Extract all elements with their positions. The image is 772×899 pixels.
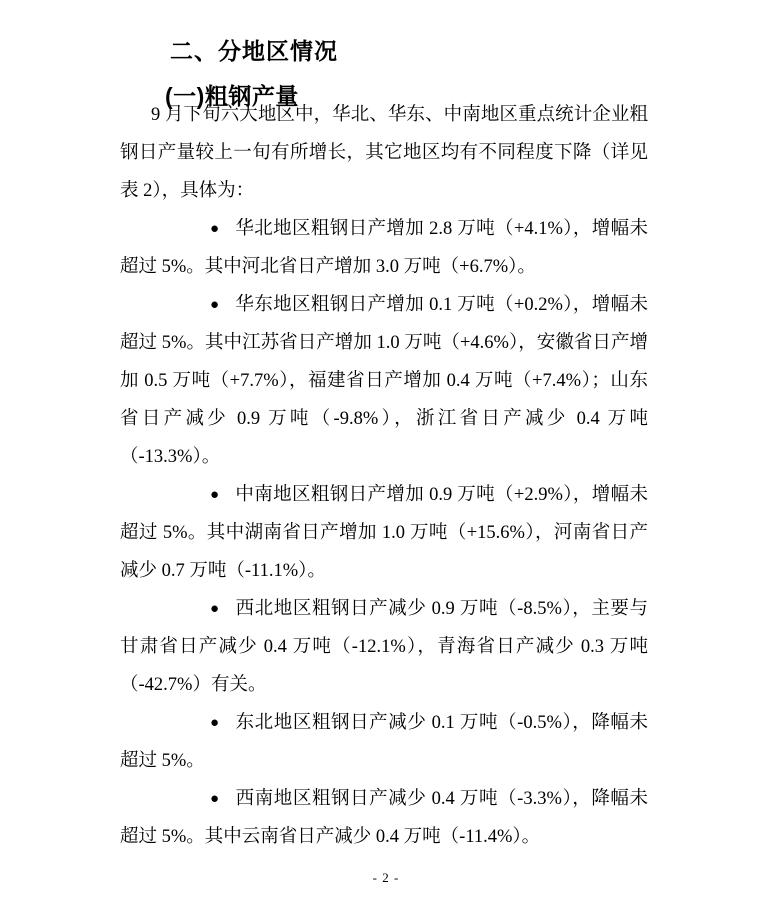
body-content: 9 月下旬六大地区中，华北、华东、中南地区重点统计企业粗钢日产量较上一旬有所增长… xyxy=(120,96,648,856)
document-page: 二、分地区情况 (一)粗钢产量 9 月下旬六大地区中，华北、华东、中南地区重点统… xyxy=(0,0,772,899)
bullet-marker-icon: ● xyxy=(165,704,219,742)
bullet-marker-icon: ● xyxy=(165,780,219,818)
bullet-item-northwest: ●西北地区粗钢日产减少 0.9 万吨（-8.5%），主要与甘肃省日产减少 0.4… xyxy=(120,590,648,704)
bullet-marker-icon: ● xyxy=(165,476,219,514)
bullet-item-northeast: ●东北地区粗钢日产减少 0.1 万吨（-0.5%），降幅未超过 5%。 xyxy=(120,704,648,780)
bullet-item-east-china: ●华东地区粗钢日产增加 0.1 万吨（+0.2%），增幅未超过 5%。其中江苏省… xyxy=(120,286,648,476)
bullet-item-north-china: ●华北地区粗钢日产增加 2.8 万吨（+4.1%），增幅未超过 5%。其中河北省… xyxy=(120,210,648,286)
page-number: - 2 - xyxy=(0,870,772,886)
section-title: 二、分地区情况 xyxy=(170,33,338,66)
bullet-marker-icon: ● xyxy=(165,210,219,248)
bullet-marker-icon: ● xyxy=(165,590,219,628)
bullet-item-central-south: ●中南地区粗钢日产增加 0.9 万吨（+2.9%），增幅未超过 5%。其中湖南省… xyxy=(120,476,648,590)
bullet-item-southwest: ●西南地区粗钢日产减少 0.4 万吨（-3.3%），降幅未超过 5%。其中云南省… xyxy=(120,780,648,856)
intro-paragraph: 9 月下旬六大地区中，华北、华东、中南地区重点统计企业粗钢日产量较上一旬有所增长… xyxy=(120,96,648,210)
bullet-marker-icon: ● xyxy=(165,286,219,324)
